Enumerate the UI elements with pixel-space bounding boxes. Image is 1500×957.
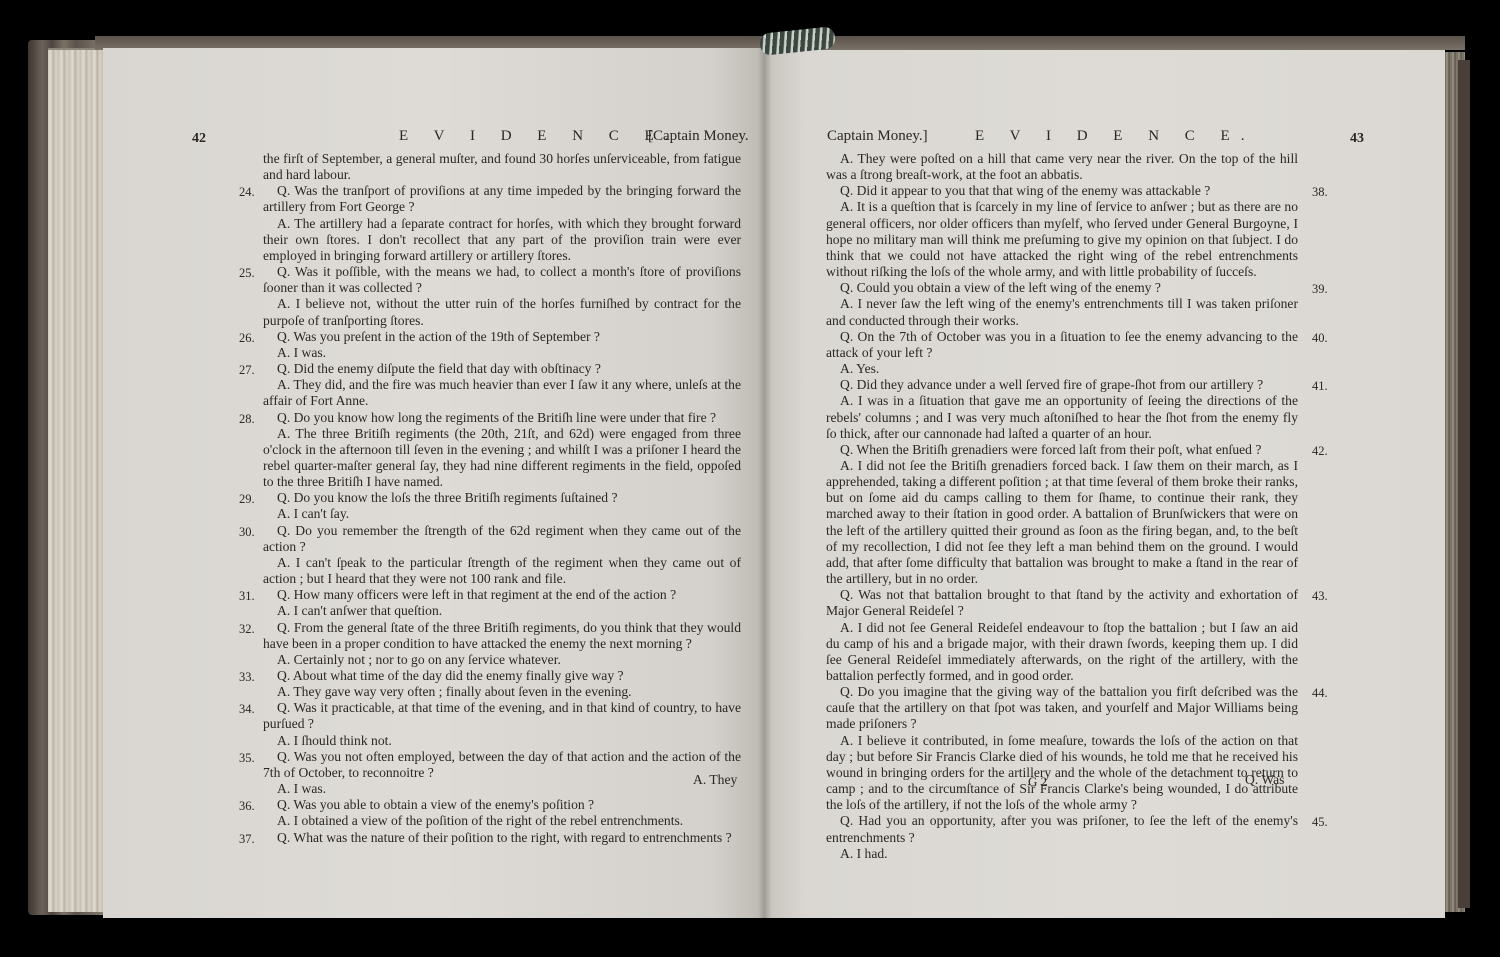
answer-paragraph: A. I obtained a view of the poſition of … xyxy=(263,813,741,829)
answer-paragraph: A. The artillery had a ſeparate contract… xyxy=(263,216,741,264)
question-paragraph: Q. Do you imagine that the giving way of… xyxy=(826,684,1298,732)
question-number: 28. xyxy=(239,411,255,427)
gutter-shadow xyxy=(758,48,772,918)
question-number: 34. xyxy=(239,701,255,717)
question-paragraph: Q. Did the enemy diſpute the field that … xyxy=(263,361,741,377)
question-number: 30. xyxy=(239,524,255,540)
question-paragraph: Q. Do you know the loſs the three Britiſ… xyxy=(263,490,741,506)
answer-paragraph: A. I was. xyxy=(263,345,741,361)
question-number: 26. xyxy=(239,330,255,346)
answer-paragraph: A. I did not ſee the Britiſh grenadiers … xyxy=(826,458,1298,587)
question-paragraph: Q. About what time of the day did the en… xyxy=(263,668,741,684)
answer-paragraph: A. Yes. xyxy=(826,361,1298,377)
signature-mark: G 2 xyxy=(1028,774,1047,790)
answer-paragraph: A. I can't ſay. xyxy=(263,506,741,522)
running-title: E V I D E N C E. xyxy=(975,128,1255,145)
question-paragraph: Q. When the Britiſh grenadiers were forc… xyxy=(826,442,1298,458)
answer-paragraph: A. It is a queſtion that is ſcarcely in … xyxy=(826,199,1298,280)
question-paragraph: Q. Could you obtain a view of the left w… xyxy=(826,280,1298,296)
question-paragraph: Q. Was it poſſible, with the means we ha… xyxy=(263,264,741,296)
right-page-body: A. They were poſted on a hill that came … xyxy=(826,151,1298,862)
page-number-left: 42 xyxy=(192,131,206,147)
question-paragraph: Q. Do you remember the ſtrength of the 6… xyxy=(263,523,741,555)
left-page-body: the firſt of September, a general muſter… xyxy=(263,151,741,846)
question-number: 33. xyxy=(239,669,255,685)
answer-paragraph: A. They were poſted on a hill that came … xyxy=(826,151,1298,183)
question-number: 37. xyxy=(239,831,255,847)
question-paragraph: Q. Was you able to obtain a view of the … xyxy=(263,797,741,813)
question-paragraph: Q. On the 7th of October was you in a ſi… xyxy=(826,329,1298,361)
question-number: 40. xyxy=(1312,330,1328,346)
continued-paragraph: the firſt of September, a general muſter… xyxy=(263,151,741,183)
question-number: 38. xyxy=(1312,184,1328,200)
question-paragraph: Q. From the general ſtate of the three B… xyxy=(263,620,741,652)
running-head-left: E V I D E N C E. [Captain Money. xyxy=(399,128,679,145)
page-stack-left xyxy=(48,48,108,912)
question-number: 32. xyxy=(239,621,255,637)
question-number: 29. xyxy=(239,491,255,507)
question-paragraph: Q. Was the tranſport of proviſions at an… xyxy=(263,183,741,215)
running-title: E V I D E N C E. xyxy=(399,128,679,144)
running-speaker: Captain Money.] xyxy=(827,128,928,144)
running-head-right: Captain Money.] E V I D E N C E. xyxy=(827,128,928,145)
question-number: 36. xyxy=(239,798,255,814)
answer-paragraph: A. I had. xyxy=(826,846,1298,862)
answer-paragraph: A. I ſhould think not. xyxy=(263,733,741,749)
book-cover-right xyxy=(1458,60,1470,908)
answer-paragraph: A. The three Britiſh regiments (the 20th… xyxy=(263,426,741,491)
question-number: 31. xyxy=(239,588,255,604)
question-number: 42. xyxy=(1312,443,1328,459)
answer-paragraph: A. I can't anſwer that queſtion. xyxy=(263,603,741,619)
question-number: 35. xyxy=(239,750,255,766)
question-paragraph: Q. Do you know how long the regiments of… xyxy=(263,410,741,426)
question-paragraph: Q. Did they advance under a well ſerved … xyxy=(826,377,1298,393)
answer-paragraph: A. I can't ſpeak to the particular ſtren… xyxy=(263,555,741,587)
question-paragraph: Q. Was not that battalion brought to tha… xyxy=(826,587,1298,619)
answer-paragraph: A. They gave way very often ; finally ab… xyxy=(263,684,741,700)
answer-paragraph: A. They did, and the fire was much heavi… xyxy=(263,377,741,409)
answer-paragraph: A. I believe it contributed, in ſome mea… xyxy=(826,733,1298,814)
answer-paragraph: A. Certainly not ; nor to go on any ſerv… xyxy=(263,652,741,668)
question-number: 24. xyxy=(239,184,255,200)
answer-paragraph: A. I was. xyxy=(263,781,741,797)
running-speaker: [Captain Money. xyxy=(648,128,749,145)
answer-paragraph: A. I never ſaw the left wing of the enem… xyxy=(826,296,1298,328)
answer-paragraph: A. I believe not, without the utter ruin… xyxy=(263,296,741,328)
page-number-right: 43 xyxy=(1350,131,1364,147)
question-paragraph: Q. What was the nature of their poſition… xyxy=(263,830,741,846)
question-number: 25. xyxy=(239,265,255,281)
question-number: 39. xyxy=(1312,281,1328,297)
question-paragraph: Q. Was you preſent in the action of the … xyxy=(263,329,741,345)
question-number: 43. xyxy=(1312,588,1328,604)
question-paragraph: Q. Had you an opportunity, after you was… xyxy=(826,813,1298,845)
catchword-left: A. They xyxy=(693,772,737,788)
question-number: 44. xyxy=(1312,685,1328,701)
question-paragraph: Q. How many officers were left in that r… xyxy=(263,587,741,603)
question-number: 45. xyxy=(1312,814,1328,830)
answer-paragraph: A. I did not ſee General Reideſel endeav… xyxy=(826,620,1298,685)
catchword-right: Q. Was xyxy=(1245,772,1284,788)
question-paragraph: Q. Was it practicable, at that time of t… xyxy=(263,700,741,732)
question-paragraph: Q. Was you not often employed, between t… xyxy=(263,749,741,781)
question-paragraph: Q. Did it appear to you that that wing o… xyxy=(826,183,1298,199)
answer-paragraph: A. I was in a ſituation that gave me an … xyxy=(826,393,1298,441)
question-number: 27. xyxy=(239,362,255,378)
question-number: 41. xyxy=(1312,378,1328,394)
